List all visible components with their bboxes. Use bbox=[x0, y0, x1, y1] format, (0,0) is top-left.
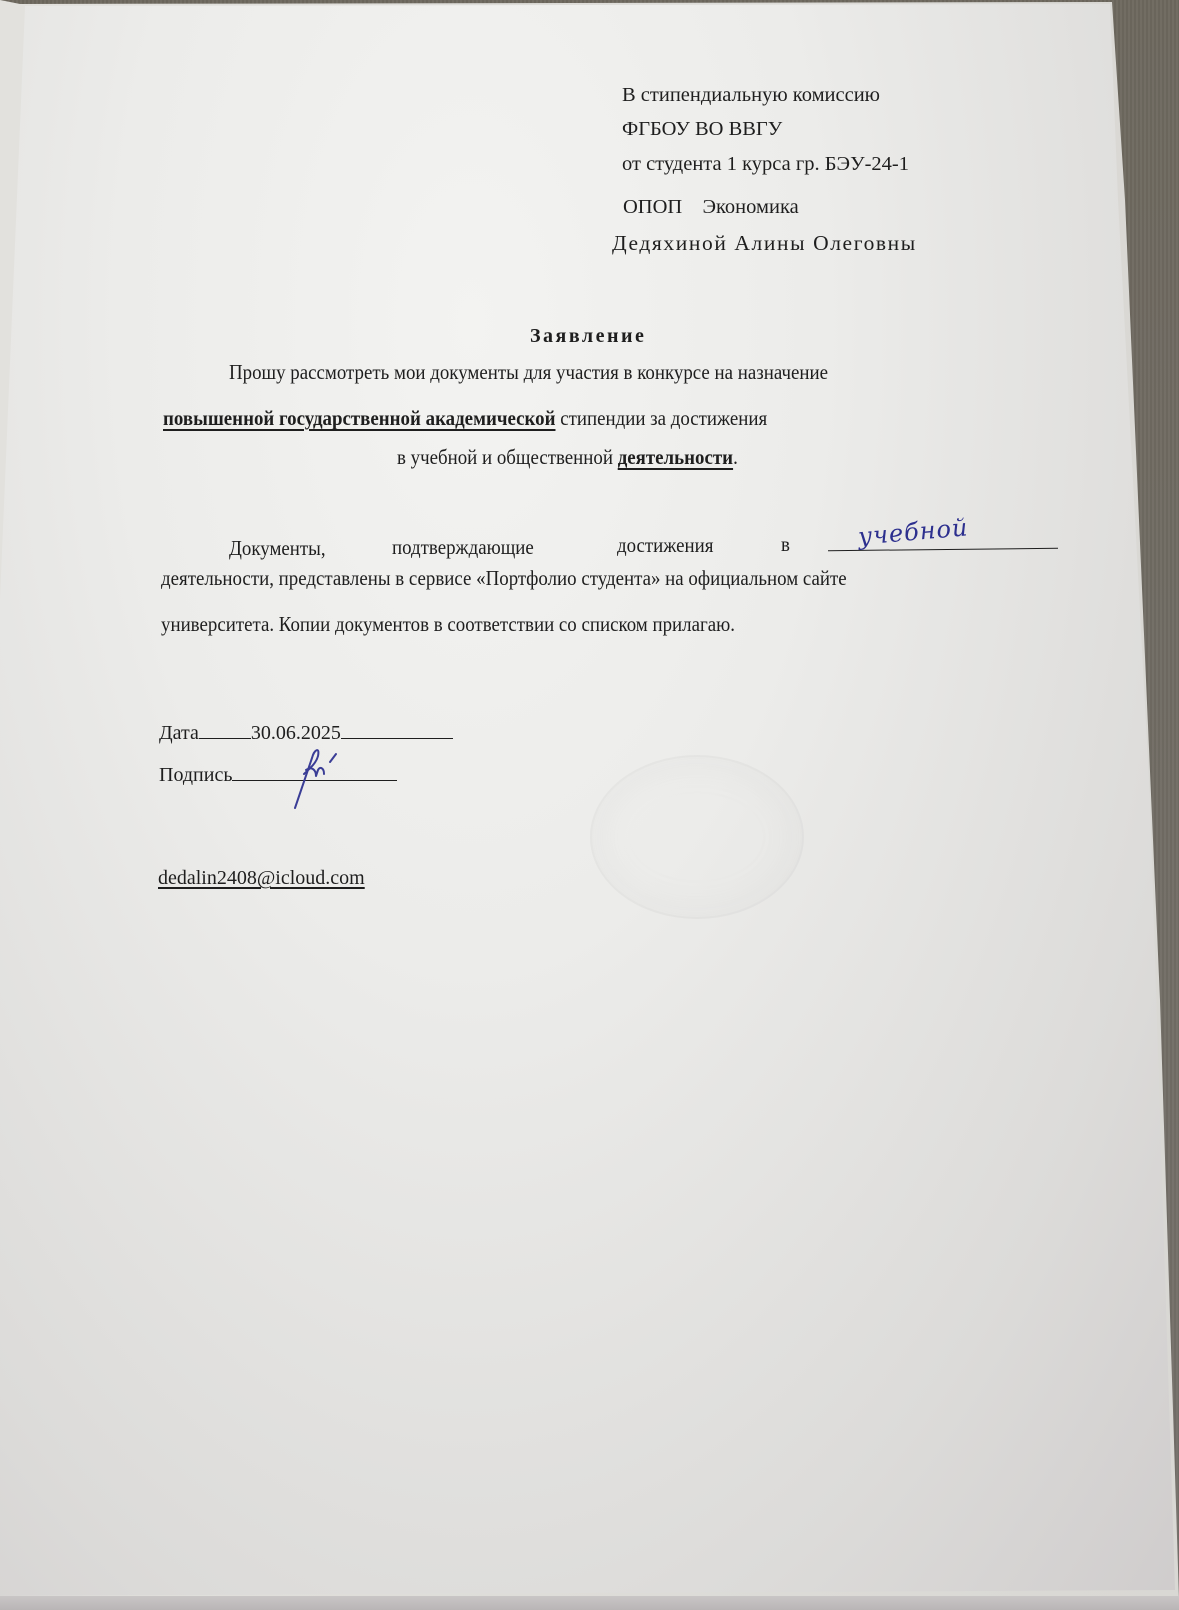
documents-word-4: в bbox=[781, 532, 790, 557]
activity-word: деятельности bbox=[618, 445, 733, 469]
documents-line-2: деятельности, представлены в сервисе «По… bbox=[161, 566, 847, 591]
addressee-line-2: ФГБОУ ВО ВВГУ bbox=[622, 118, 782, 141]
request-line-2: повышенной государственной академической… bbox=[163, 406, 767, 431]
date-label: Дата bbox=[159, 722, 199, 744]
request-line-3-end: . bbox=[733, 445, 738, 469]
documents-word-1: Документы, bbox=[229, 536, 326, 561]
document-sheet bbox=[0, 0, 1179, 1610]
email-address: dedalin2408@icloud.com bbox=[158, 867, 365, 890]
date-fill-line-right bbox=[341, 720, 453, 739]
signature-label: Подпись bbox=[159, 764, 232, 786]
handwritten-signature bbox=[290, 740, 370, 810]
date-fill-line-left bbox=[199, 720, 251, 739]
scholarship-type: повышенной государственной академической bbox=[163, 406, 555, 430]
addressee-line-3: от студента 1 курса гр. БЭУ-24-1 bbox=[622, 153, 909, 176]
request-line-3: в учебной и общественной деятельности. bbox=[397, 445, 738, 470]
request-line-1: Прошу рассмотреть мои документы для учас… bbox=[229, 360, 828, 385]
request-line-2-rest: стипендии за достижения bbox=[555, 406, 767, 430]
program-value: Экономика bbox=[702, 196, 798, 218]
applicant-name: Дедяхиной Алины Олеговны bbox=[612, 231, 917, 256]
documents-line-3: университета. Копии документов в соответ… bbox=[161, 612, 735, 637]
documents-word-2: подтверждающие bbox=[392, 535, 534, 560]
program-label: ОПОП bbox=[623, 196, 682, 218]
documents-word-3: достижения bbox=[617, 533, 713, 558]
request-line-3-start: в учебной и общественной bbox=[397, 445, 618, 469]
addressee-line-1: В стипендиальную комиссию bbox=[622, 84, 880, 107]
document-title: Заявление bbox=[530, 325, 646, 348]
addressee-line-4: ОПОП Экономика bbox=[623, 196, 799, 219]
stamp-show-through bbox=[590, 755, 804, 919]
sheet-bottom-edge bbox=[0, 1596, 1179, 1610]
